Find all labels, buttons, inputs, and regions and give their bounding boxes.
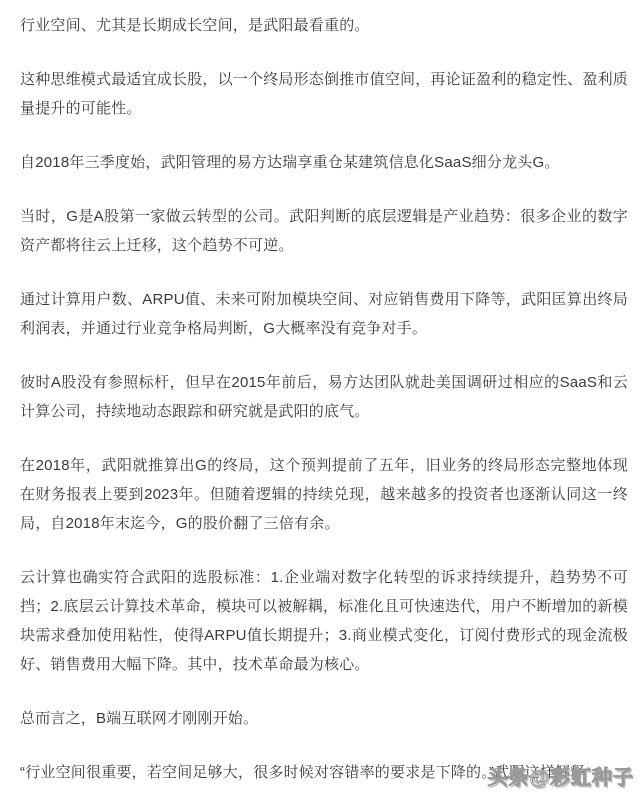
article-body: 行业空间、尤其是长期成长空间，是武阳最看重的。 这种思维模式最适宜成长股，以一个…: [0, 0, 640, 787]
paragraph: 自2018年三季度始，武阳管理的易方达瑞享重仓某建筑信息化SaaS细分龙头G。: [20, 148, 628, 177]
paragraph: 当时，G是A股第一家做云转型的公司。武阳判断的底层逻辑是产业趋势：很多企业的数字…: [20, 202, 628, 260]
paragraph: 总而言之，B端互联网才刚刚开始。: [20, 704, 628, 733]
paragraph: 云计算也确实符合武阳的选股标准：1.企业端对数字化转型的诉求持续提升，趋势势不可…: [20, 563, 628, 679]
paragraph: 彼时A股没有参照标杆，但早在2015年前后，易方达团队就赴美国调研过相应的Saa…: [20, 368, 628, 426]
paragraph: 行业空间、尤其是长期成长空间，是武阳最看重的。: [20, 11, 628, 40]
paragraph: 这种思维模式最适宜成长股，以一个终局形态倒推市值空间，再论证盈利的稳定性、盈利质…: [20, 65, 628, 123]
paragraph: 通过计算用户数、ARPU值、未来可附加模块空间、对应销售费用下降等，武阳匡算出终…: [20, 285, 628, 343]
paragraph: “行业空间很重要，若空间足够大，很多时候对容错率的要求是下降的。”武阳这样解释: [20, 758, 628, 787]
paragraph: 在2018年，武阳就推算出G的终局，这个预判提前了五年，旧业务的终局形态完整地体…: [20, 451, 628, 538]
